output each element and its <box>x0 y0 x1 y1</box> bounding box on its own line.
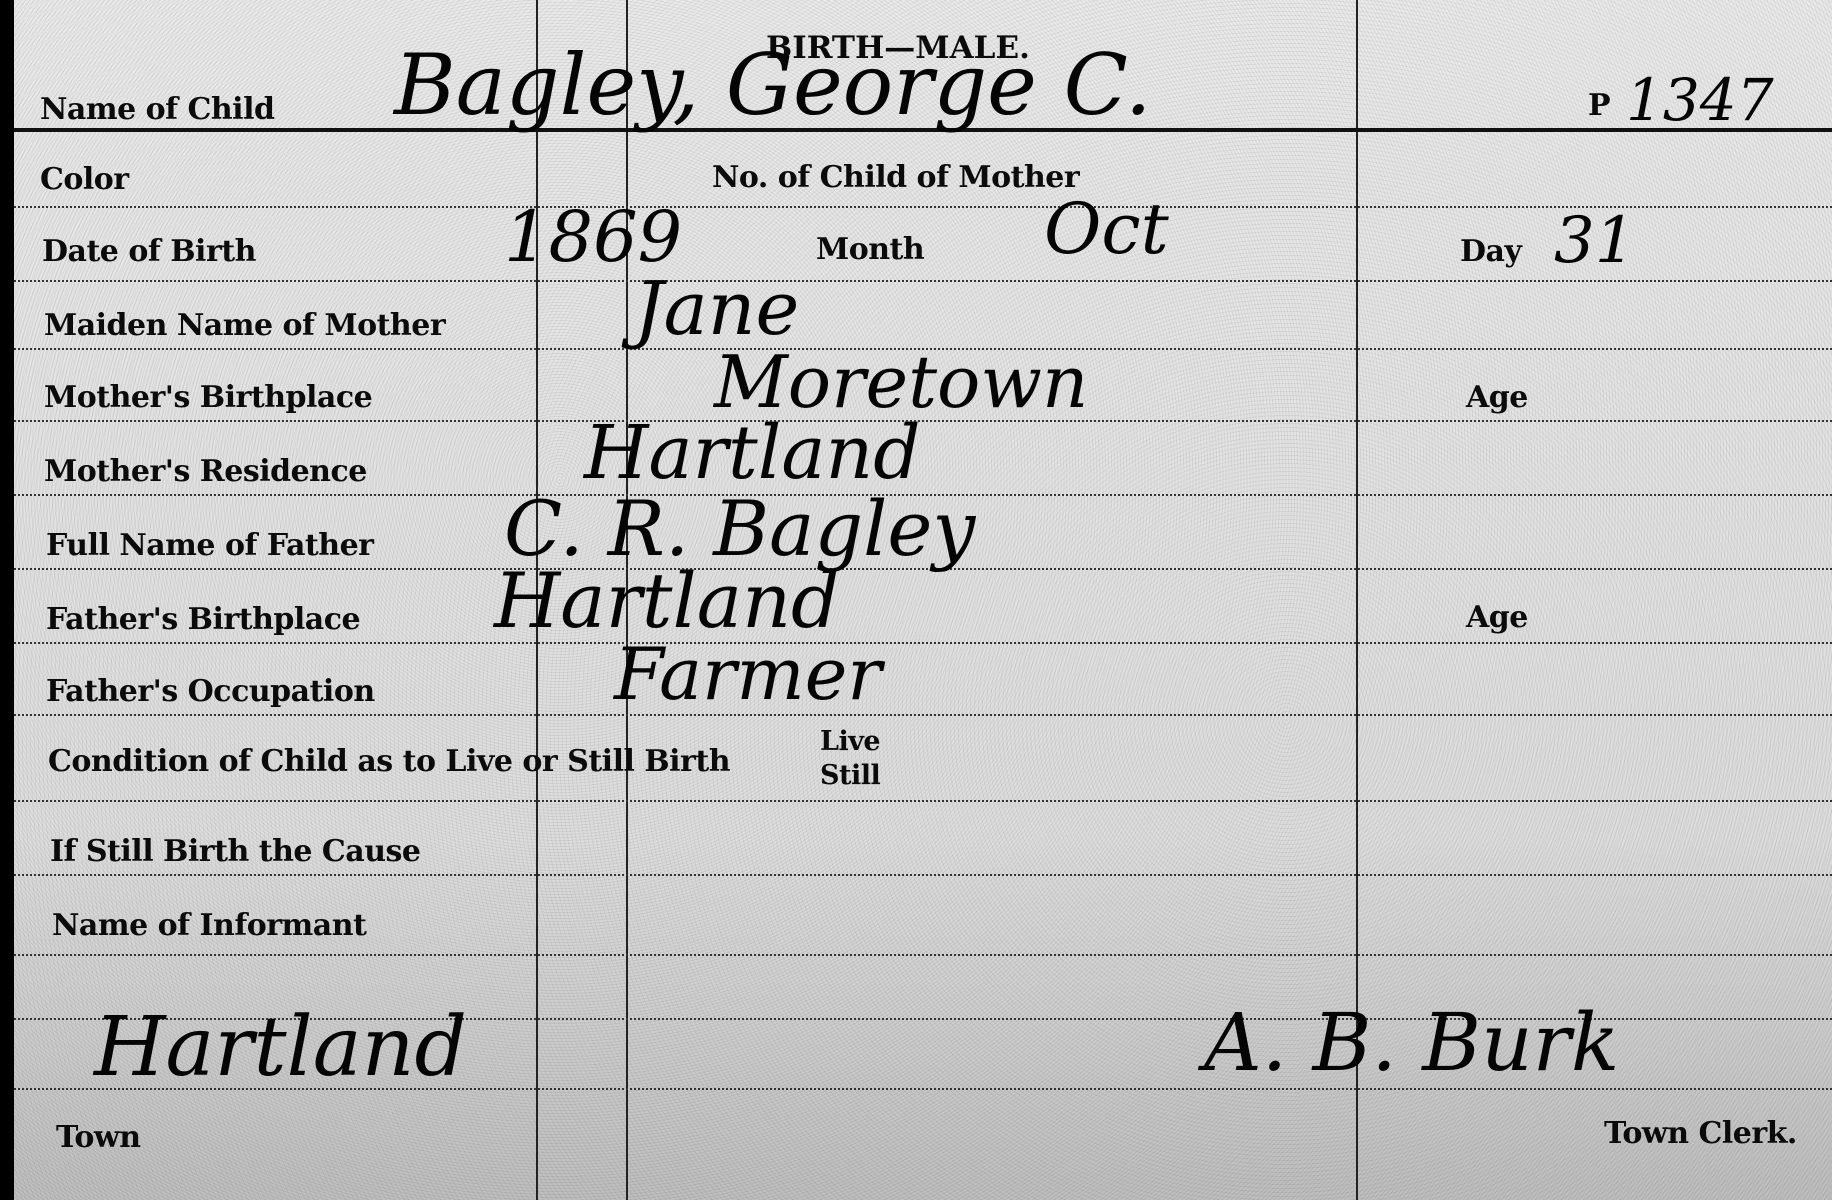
rule-line <box>14 280 1832 284</box>
birth-record-card: BIRTH—MALE. Name of Child Color No. of C… <box>14 0 1832 1200</box>
rule-line <box>14 874 1832 878</box>
value-name-of-child: Bagley, George C. <box>394 36 1152 134</box>
label-town-clerk: Town Clerk. <box>1604 1116 1797 1151</box>
label-mothers-birthplace: Mother's Birthplace <box>44 380 372 415</box>
label-no-of-child: No. of Child of Mother <box>712 160 1079 195</box>
label-town: Town <box>56 1120 141 1155</box>
label-fathers-birthplace: Father's Birthplace <box>46 602 360 637</box>
label-mother-age: Age <box>1466 380 1528 415</box>
label-name-of-informant: Name of Informant <box>52 908 366 943</box>
label-name-of-child: Name of Child <box>40 92 274 127</box>
value-fathers-occupation: Farmer <box>614 632 882 716</box>
label-mothers-residence: Mother's Residence <box>44 454 367 489</box>
value-day: 31 <box>1554 204 1635 278</box>
label-month: Month <box>816 232 924 267</box>
label-fathers-occupation: Father's Occupation <box>46 674 375 709</box>
label-condition-of-child: Condition of Child as to Live or Still B… <box>48 744 730 779</box>
label-day: Day <box>1460 234 1521 269</box>
rule-line <box>14 954 1832 958</box>
label-still: Still <box>820 760 880 791</box>
rule-line <box>14 642 1832 646</box>
label-live: Live <box>820 726 880 757</box>
label-date-of-birth: Date of Birth <box>42 234 256 269</box>
label-still-birth-cause: If Still Birth the Cause <box>50 834 421 869</box>
value-town-clerk: A. B. Burk <box>1204 996 1619 1089</box>
value-month: Oct <box>1044 188 1169 270</box>
record-number: 1347 <box>1626 66 1774 134</box>
value-town: Hartland <box>94 1000 467 1095</box>
rule-line <box>14 714 1832 718</box>
label-full-name-of-father: Full Name of Father <box>46 528 373 563</box>
label-color: Color <box>40 162 129 197</box>
record-number-prefix: P <box>1588 88 1610 123</box>
label-father-age: Age <box>1466 600 1528 635</box>
label-maiden-name-of-mother: Maiden Name of Mother <box>44 308 445 343</box>
rule-line <box>14 800 1832 804</box>
